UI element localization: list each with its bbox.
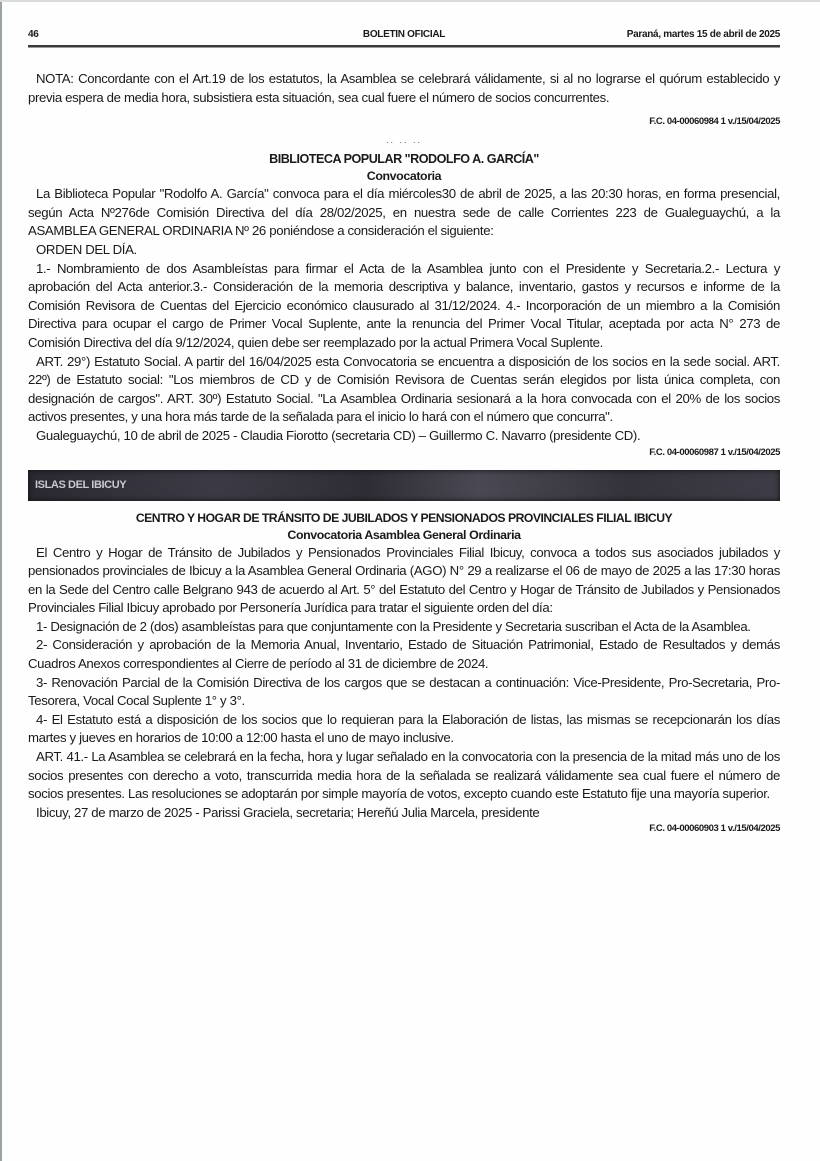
section-banner: ISLAS DEL IBICUY <box>28 470 780 501</box>
bulletin-page: 46 BOLETIN OFICIAL Paraná, martes 15 de … <box>28 24 780 836</box>
notice-intro: El Centro y Hogar de Tránsito de Jubilad… <box>28 544 780 618</box>
scan-edge-left <box>0 0 2 1161</box>
nota-paragraph: NOTA: Concordante con el Art.19 de los e… <box>28 70 780 107</box>
orden-label: ORDEN DEL DÍA. <box>28 241 780 260</box>
section-banner-label: ISLAS DEL IBICUY <box>35 479 126 491</box>
notice-subtitle: Convocatoria <box>28 168 780 185</box>
fc-code: F.C. 04-00060903 1 v./15/04/2025 <box>28 822 780 836</box>
notice-subtitle: Convocatoria Asamblea General Ordinaria <box>28 527 780 544</box>
article-41: ART. 41.- La Asamblea se celebrará en la… <box>28 748 780 804</box>
agenda-item: 4- El Estatuto está a disposición de los… <box>28 711 780 748</box>
scan-edge-top <box>0 0 820 2</box>
notice-intro: La Biblioteca Popular "Rodolfo A. García… <box>28 185 780 241</box>
fc-code: F.C. 04-00060987 1 v./15/04/2025 <box>28 446 780 460</box>
separator: .. .. .. <box>28 135 780 145</box>
agenda-item: 1- Designación de 2 (dos) asambleístas p… <box>28 618 780 637</box>
orden-text: 1.- Nombramiento de dos Asambleístas par… <box>28 260 780 353</box>
notice-title: CENTRO Y HOGAR DE TRÁNSITO DE JUBILADOS … <box>28 510 780 527</box>
page-header: 46 BOLETIN OFICIAL Paraná, martes 15 de … <box>28 24 780 44</box>
signature: Gualeguaychú, 10 de abril de 2025 - Clau… <box>28 427 780 446</box>
agenda-item: 2- Consideración y aprobación de la Memo… <box>28 636 780 673</box>
fc-code: F.C. 04-00060984 1 v./15/04/2025 <box>28 115 780 129</box>
publication-date: Paraná, martes 15 de abril de 2025 <box>627 29 780 40</box>
notice-title: BIBLIOTECA POPULAR "RODOLFO A. GARCÍA" <box>28 151 780 168</box>
signature: Ibicuy, 27 de marzo de 2025 - Parissi Gr… <box>28 804 780 823</box>
agenda-item: 3- Renovación Parcial de la Comisión Dir… <box>28 674 780 711</box>
articles-text: ART. 29°) Estatuto Social. A partir del … <box>28 353 780 427</box>
